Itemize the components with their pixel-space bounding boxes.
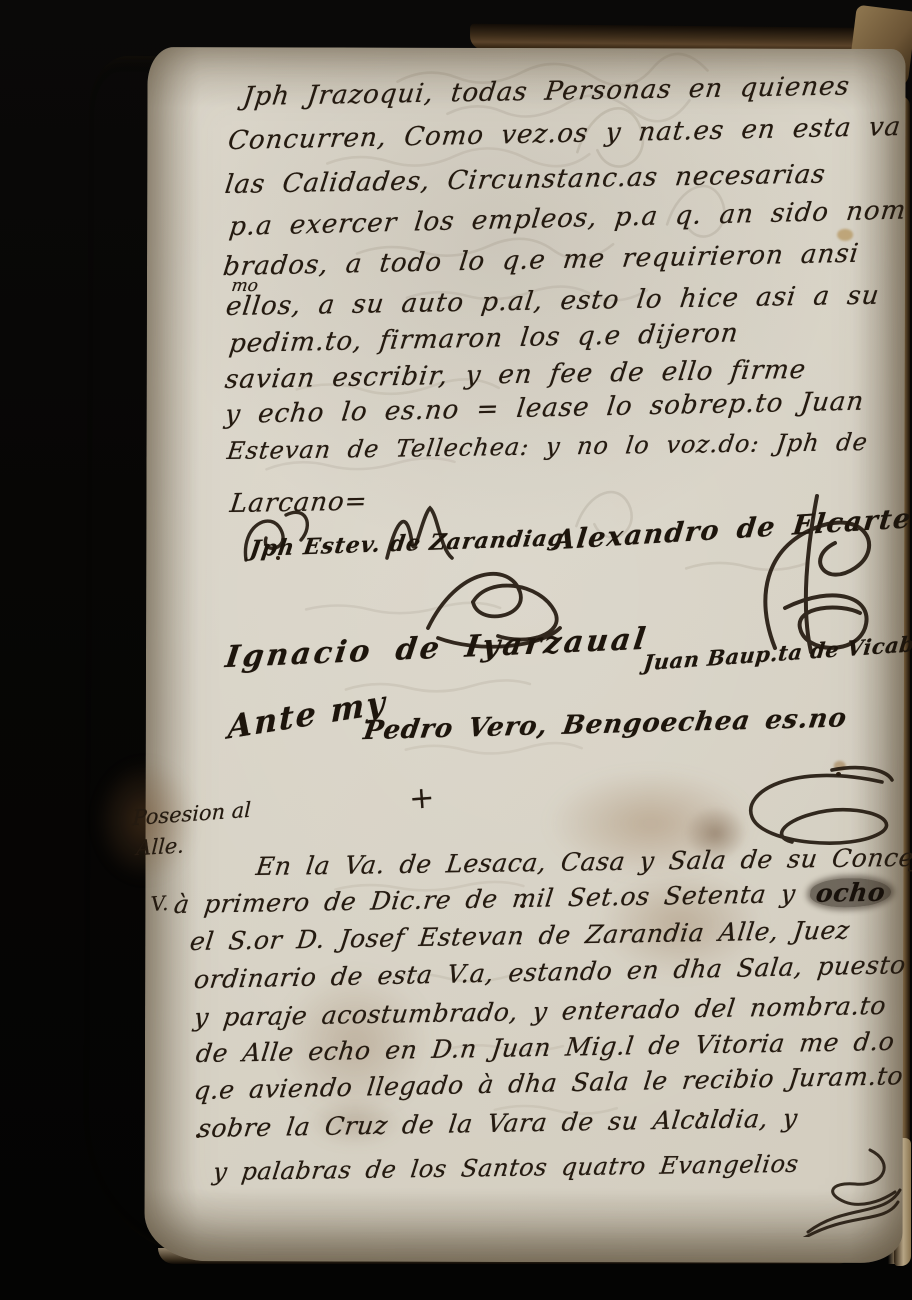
signature-escribano: Pedro Vero, Bengoechea es.no: [361, 703, 849, 746]
manuscript-line: Concurren, Como vez.os y nat.es en esta …: [226, 112, 902, 156]
end-flourish: [800, 1142, 905, 1237]
cross-mark: +: [408, 780, 436, 817]
manuscript-line: y paraje acostumbrado, y enterado del no…: [192, 991, 888, 1032]
flourish-elcarte: [745, 488, 895, 656]
manuscript-line: ellos, a su auto p.al, esto lo hice asi …: [224, 281, 881, 322]
manuscript-line: de Alle echo en D.n Juan Mig.l de Vitori…: [194, 1027, 896, 1068]
blot-word: ocho: [808, 877, 893, 907]
manuscript-line: En la Va. de Lesaca, Casa y Sala de su C…: [254, 842, 912, 881]
manuscript-line: Estevan de Tellechea: y no lo voz.do: Jp…: [225, 428, 869, 465]
manuscript-line: el S.or D. Josef Estevan de Zarandia All…: [188, 915, 851, 956]
manuscript-line: las Calidades, Circunstanc.as necesarias: [223, 160, 827, 201]
interline-note: mo: [230, 276, 259, 296]
margin-note-line: Alle.: [136, 834, 185, 861]
margin-note-line: Posesion al: [132, 798, 251, 830]
manuscript-line: brados, a todo lo q.e me requirieron ans…: [221, 239, 860, 282]
manuscript-line: à primero de Dic.re de mil Set.os Setent…: [172, 877, 893, 919]
manuscript-photo: Jph Jrazoqui, todas Personas en quienes …: [0, 0, 912, 1300]
manuscript-line: pedim.to, firmaron los q.e dijeron: [227, 318, 740, 359]
manuscript-line-text: à primero de Dic.re de mil Set.os Setent…: [172, 879, 797, 919]
handwriting-layer: Jph Jrazoqui, todas Personas en quienes …: [0, 0, 912, 1300]
manuscript-line: y palabras de los Santos quatro Evangeli…: [211, 1150, 800, 1186]
paragraph-mark: V.: [150, 891, 169, 916]
manuscript-line: ordinario de esta V.a, estando en dha Sa…: [193, 950, 908, 994]
manuscript-line: sobre la Cruz de la Vara de su Alcaldia,…: [196, 1104, 799, 1144]
manuscript-line: q.e aviendo llegado à dha Sala le recibi…: [193, 1061, 906, 1105]
manuscript-line: Jph Jrazoqui, todas Personas en quienes: [241, 71, 851, 112]
manuscript-line: p.a exercer los empleos, p.a q. an sido …: [228, 195, 909, 242]
